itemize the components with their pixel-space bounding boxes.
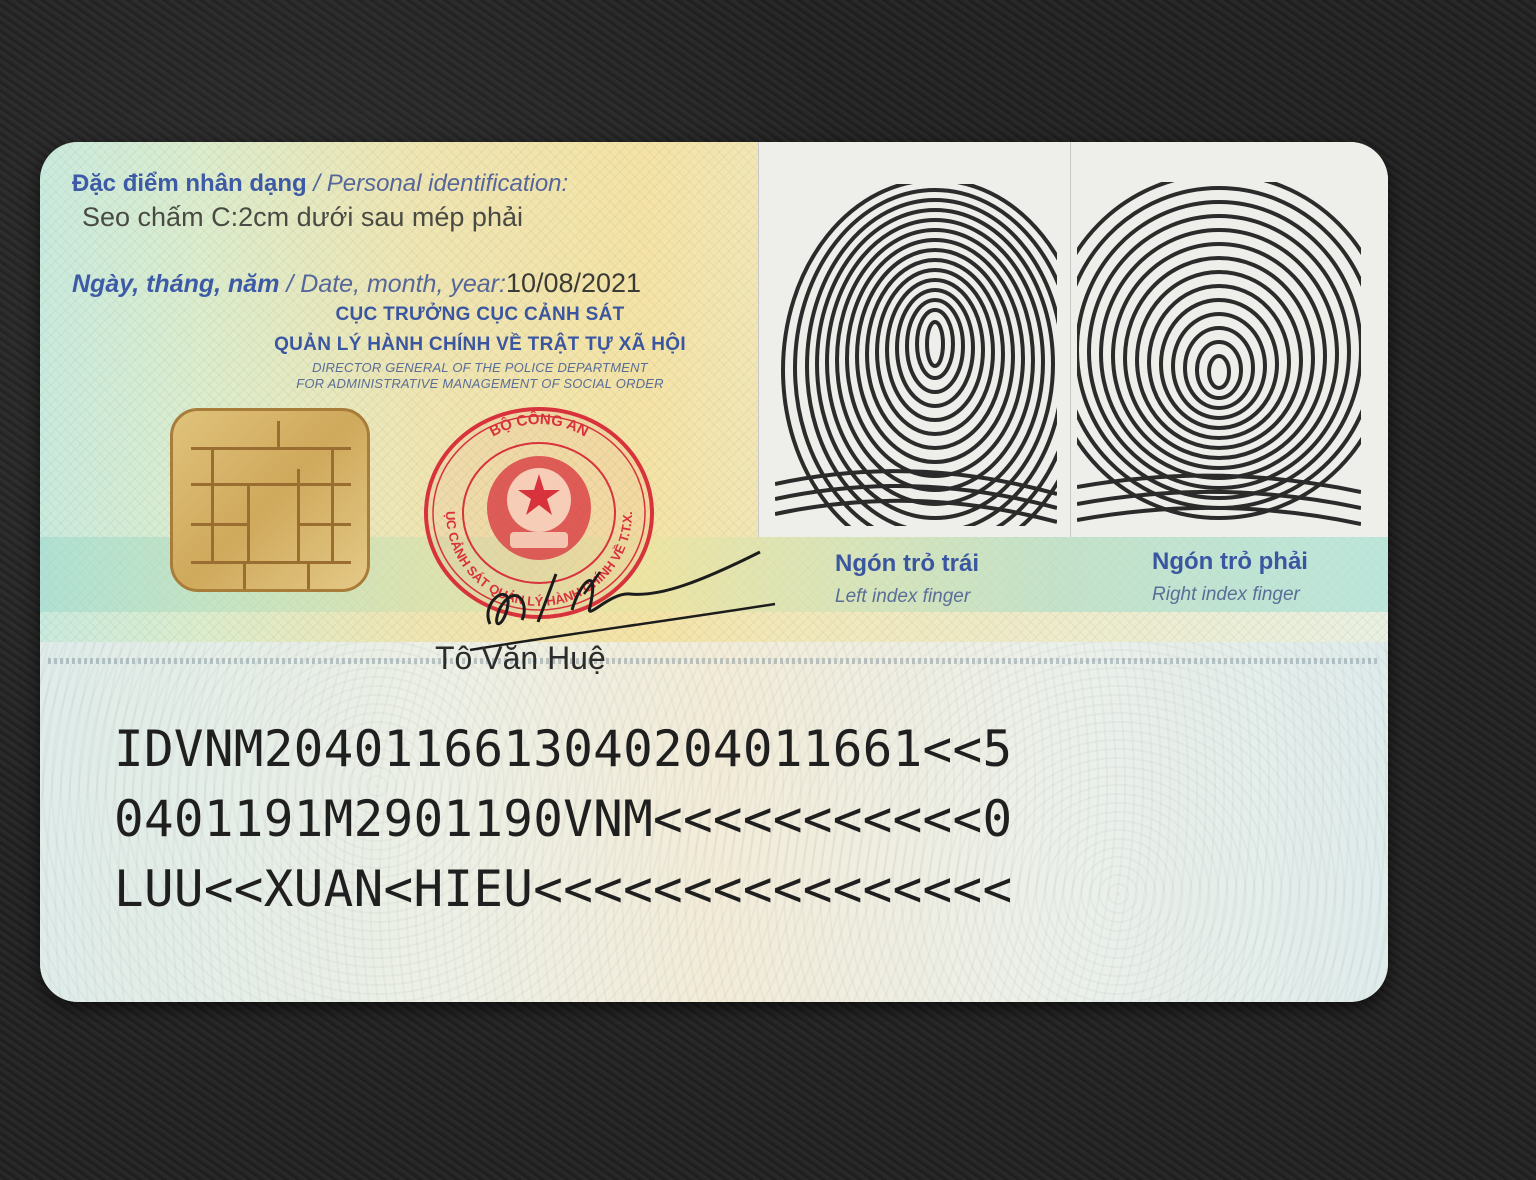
issuer-title-en-2: FOR ADMINISTRATIVE MANAGEMENT OF SOCIAL … <box>190 376 770 391</box>
personal-identification-value: Seo chấm C:2cm dưới sau mép phải <box>82 202 602 232</box>
date-label-en: Date, month, year: <box>300 270 506 298</box>
fingerprint-icon <box>775 184 1057 526</box>
right-fingerprint-panel <box>1070 142 1388 537</box>
right-finger-label-vn: Ngón trỏ phải <box>1152 548 1308 576</box>
issue-date-value: 10/08/2021 <box>506 268 641 298</box>
right-finger-label-en: Right index finger <box>1152 584 1300 606</box>
left-finger-label-en: Left index finger <box>835 586 970 608</box>
left-finger-label-vn: Ngón trỏ trái <box>835 550 979 578</box>
pid-label-en: Personal identification: <box>327 170 568 197</box>
pid-separator: / <box>307 170 327 197</box>
issue-date-line: Ngày, tháng, năm / Date, month, year:10/… <box>72 268 641 299</box>
microprint-line <box>48 658 1378 664</box>
pid-label-vn: Đặc điểm nhân dạng <box>72 170 307 197</box>
mrz-line-2: 0401191M2901190VNM<<<<<<<<<<<0 <box>114 790 1012 848</box>
smart-chip-icon <box>170 408 370 592</box>
fingerprint-icon <box>1077 182 1361 528</box>
signature-image <box>460 512 800 652</box>
mrz-line-3: LUU<<XUAN<HIEU<<<<<<<<<<<<<<<< <box>114 860 1012 918</box>
mrz-line-1: IDVNM2040116613040204011661<<5 <box>114 720 1012 778</box>
issuer-title-vn-2: QUẢN LÝ HÀNH CHÍNH VỀ TRẬT TỰ XÃ HỘI <box>190 334 770 356</box>
issuer-title-vn-1: CỤC TRƯỞNG CỤC CẢNH SÁT <box>190 304 770 326</box>
left-fingerprint-panel <box>758 142 1071 537</box>
date-label-vn: Ngày, tháng, năm <box>72 270 279 298</box>
signer-name: Tô Văn Huệ <box>435 640 606 677</box>
personal-identification-label: Đặc điểm nhân dạng / Personal identifica… <box>72 170 568 198</box>
issuer-title-en-1: DIRECTOR GENERAL OF THE POLICE DEPARTMEN… <box>190 360 770 375</box>
date-separator: / <box>279 270 300 298</box>
id-card-back: Đặc điểm nhân dạng / Personal identifica… <box>40 142 1388 1002</box>
